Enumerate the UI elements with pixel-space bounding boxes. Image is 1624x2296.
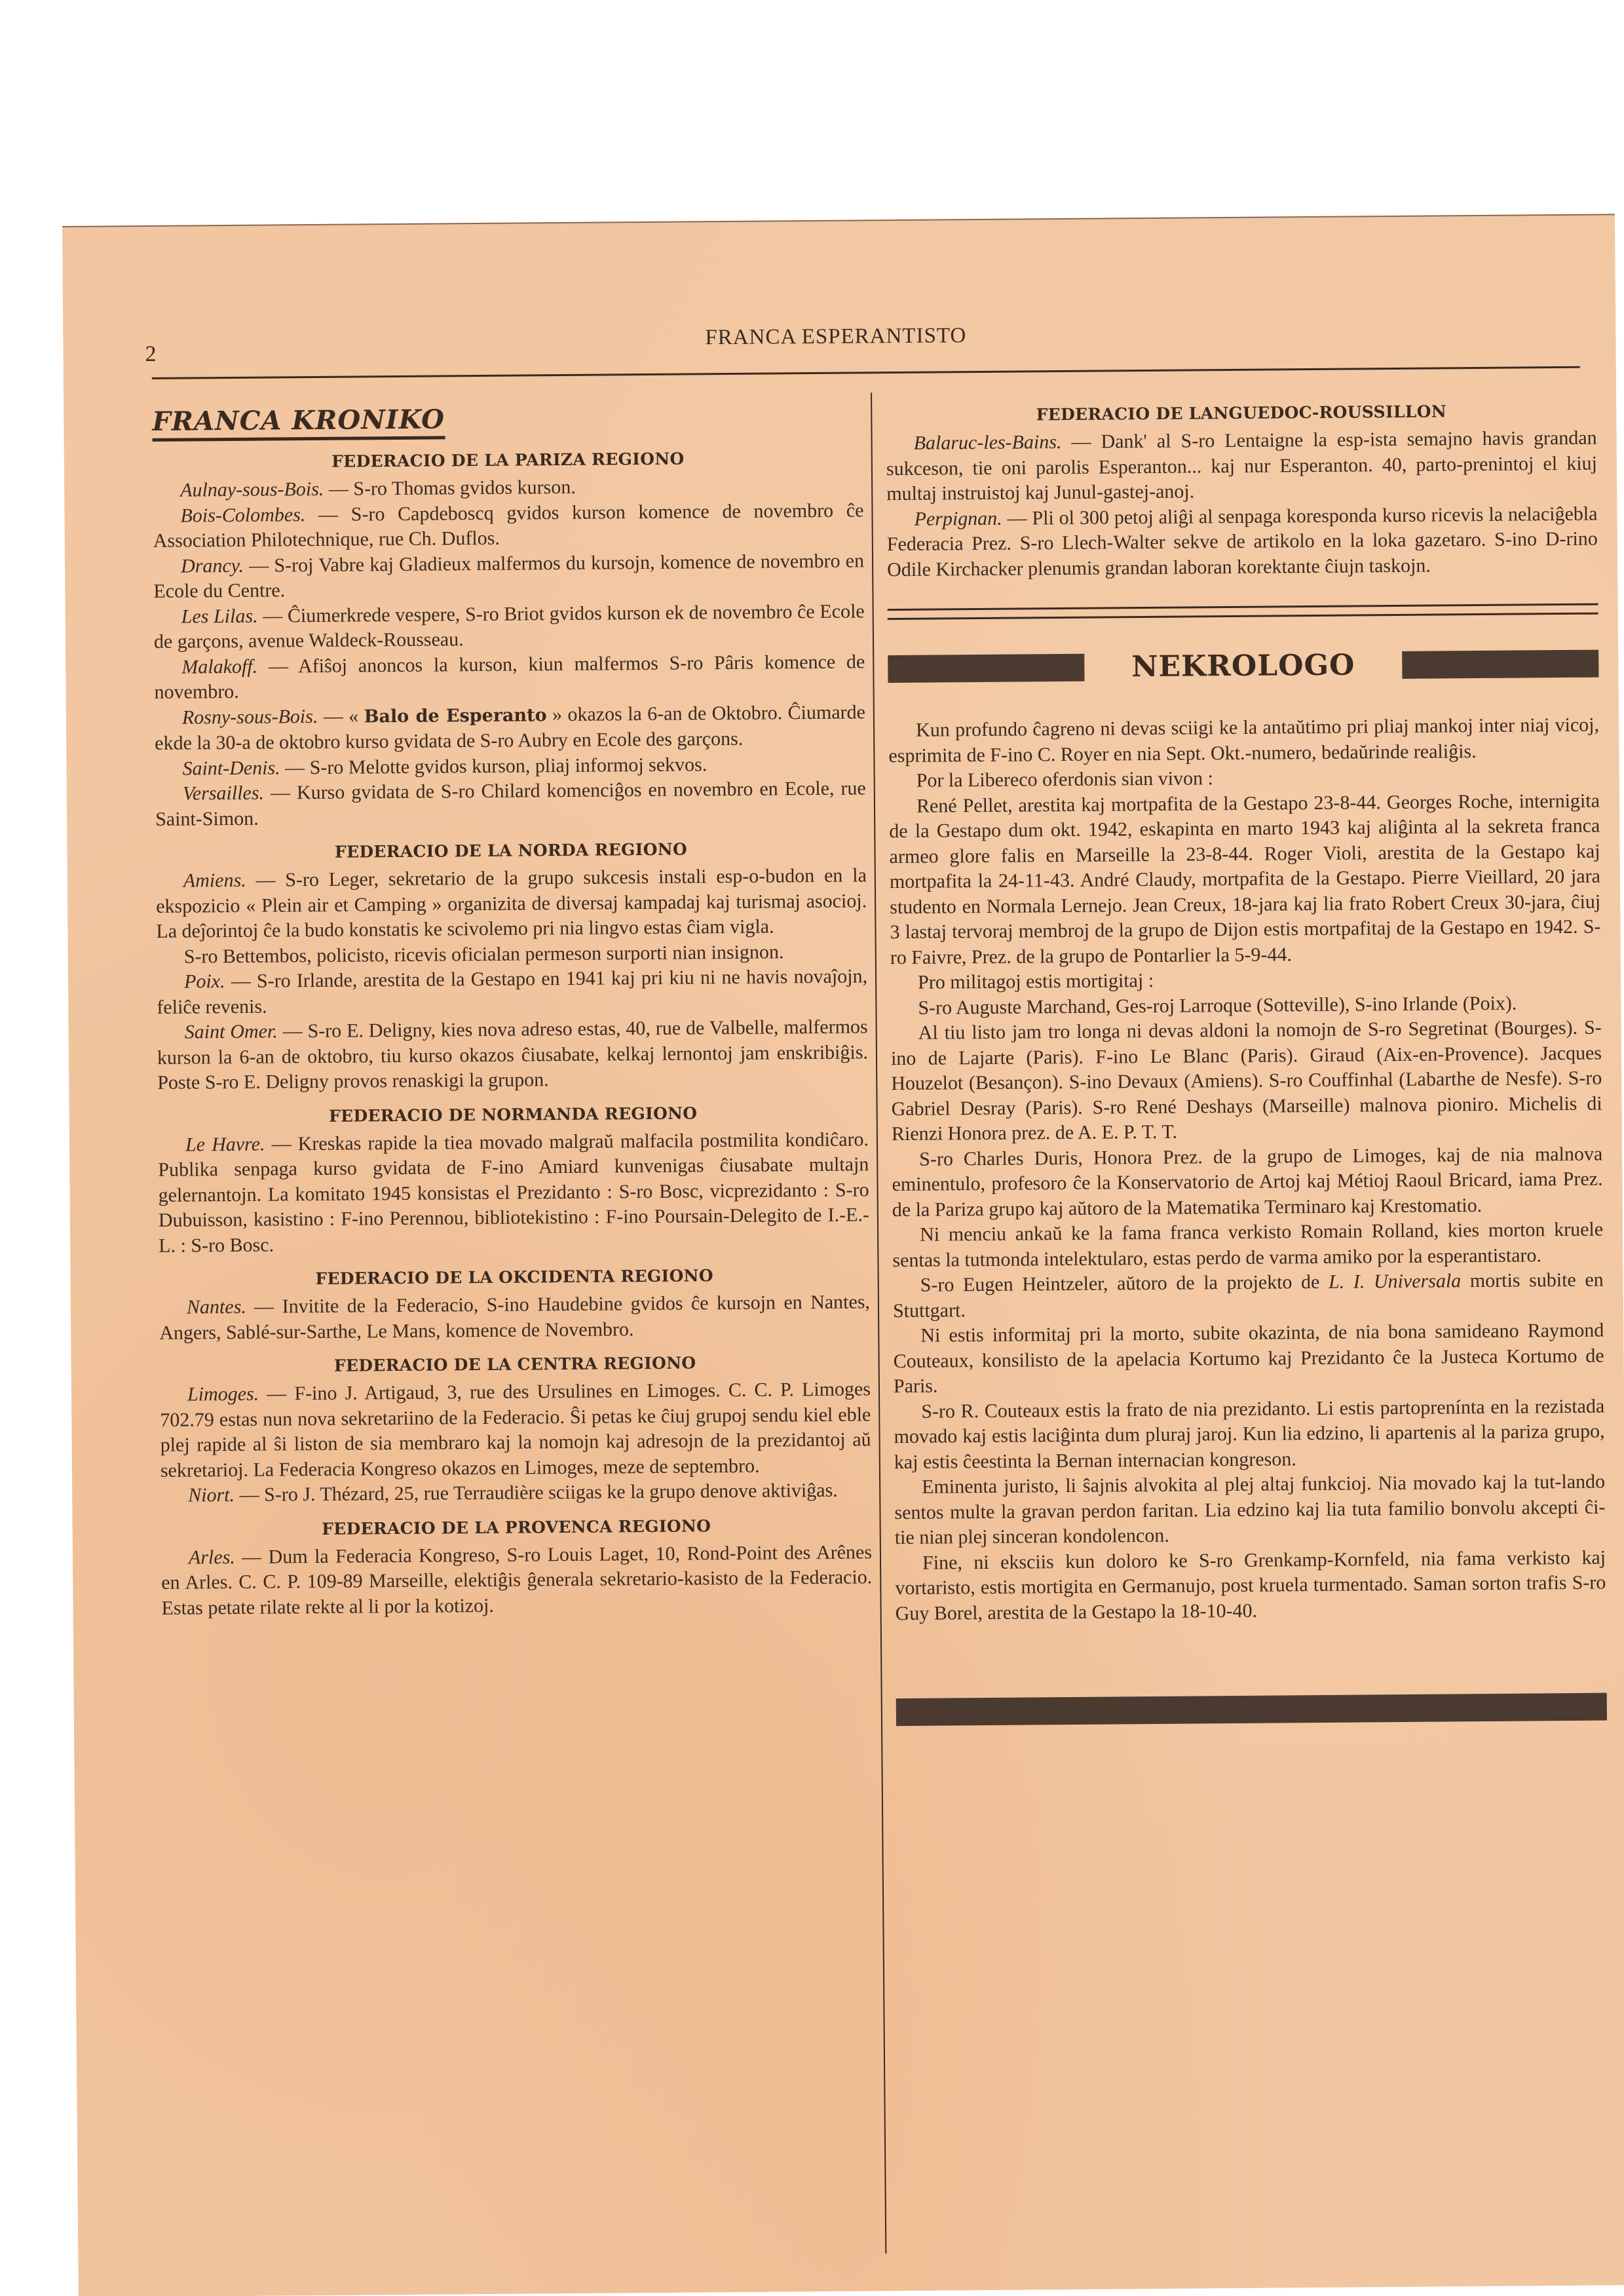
entry-text: — Afiŝoj anoncos la kurson, kiun malferm… <box>154 651 865 703</box>
place-name: Malakoff. <box>181 655 257 678</box>
header-rule <box>152 366 1580 379</box>
news-entry: Poix. — S-ro Irlande, arestita de la Ges… <box>157 964 868 1020</box>
region-heading: FEDERACIO DE NORMANDA REGIONO <box>158 1100 869 1130</box>
place-name: Poix. <box>184 970 225 992</box>
place-name: Drancy. <box>181 554 244 577</box>
end-bar <box>896 1693 1607 1727</box>
paragraph-text: René Pellet, arestita kaj mortpafita de … <box>889 790 1600 968</box>
news-entry: Niort. — S-ro J. Thézard, 25, rue Terrau… <box>161 1478 871 1508</box>
paragraph-text: Kun profundo ĉagreno ni devas sciigi ke … <box>888 714 1599 767</box>
heading-bar-right <box>1402 650 1598 679</box>
news-entry: Rosny-sous-Bois. — « Balo de Esperanto »… <box>155 700 866 757</box>
place-name: Niort. <box>188 1484 235 1506</box>
place-name: Balaruc-les-Bains. <box>914 431 1062 454</box>
obituary-paragraph: S-ro R. Couteaux estis la frato de nia p… <box>894 1394 1605 1475</box>
news-entry: Balaruc-les-Bains. — Dank' al S-ro Lenta… <box>886 426 1597 507</box>
region-heading: FEDERACIO DE LANGUEDOC-ROUSSILLON <box>886 398 1596 429</box>
page-number: 2 <box>145 342 156 367</box>
entry-text: — S-ro Melotte gvidos kurson, pliaj info… <box>280 754 708 778</box>
entry-text: — S-ro Thomas gvidos kurson. <box>324 476 576 500</box>
obituary-paragraph: Al tiu listo jam tro longa ni devas aldo… <box>891 1016 1602 1147</box>
news-entry: Amiens. — S-ro Leger, sekretario de la g… <box>156 863 867 944</box>
paragraph-text: S-ro Eugen Heintzeler, aŭtoro de la proj… <box>920 1271 1329 1296</box>
paragraph-text: Ni estis informitaj pri la morto, subite… <box>894 1320 1604 1398</box>
entry-text: — « <box>318 705 364 727</box>
event-name: Balo de Esperanto <box>364 705 547 727</box>
paragraph-text: Por la Libereco oferdonis sian vivon : <box>916 767 1213 792</box>
news-entry: Versailles. — Kurso gvidata de S-ro Chil… <box>155 776 867 832</box>
news-entry: Limoges. — F-ino J. Artigaud, 3, rue des… <box>160 1377 871 1483</box>
obituary-body: Kun profundo ĉagreno ni devas sciigi ke … <box>888 713 1606 1626</box>
place-name: Versailles. <box>183 782 264 805</box>
news-entry: Malakoff. — Afiŝoj anoncos la kurson, ki… <box>154 649 865 706</box>
obituary-paragraph: Ni estis informitaj pri la morto, subite… <box>893 1318 1604 1400</box>
work-title: L. I. Universala <box>1329 1270 1461 1293</box>
news-entry: Drancy. — S-roj Vabre kaj Gladieux malfe… <box>153 548 865 605</box>
place-name: Le Havre. <box>185 1133 265 1155</box>
place-name: Rosny-sous-Bois. <box>182 705 318 728</box>
entry-text: — S-ro J. Thézard, 25, rue Terraudière s… <box>235 1480 838 1506</box>
paragraph-text: S-ro Auguste Marchand, Ges-roj Larroque … <box>918 992 1517 1018</box>
paragraph-text: Ni menciu ankaŭ ke la fama franca verkis… <box>892 1219 1603 1271</box>
entry-text: — F-ino J. Artigaud, 3, rue des Ursuline… <box>160 1378 871 1481</box>
newspaper-page: 2 FRANCA ESPERANTISTO FRANCA KRONIKO FED… <box>62 214 1624 2296</box>
running-head: 2 FRANCA ESPERANTISTO <box>63 318 1615 364</box>
obituary-paragraph: S-ro Charles Duris, Honora Prez. de la g… <box>892 1141 1603 1223</box>
column-divider <box>871 392 886 2253</box>
obituary-title: NEKROLOGO <box>1131 653 1355 679</box>
entry-text: — S-ro Irlande, arestita de la Gestapo e… <box>157 965 867 1018</box>
region-heading: FEDERACIO DE LA OKCIDENTA REGIONO <box>159 1262 869 1293</box>
news-entry: Le Havre. — Kreskas rapide la tiea movad… <box>158 1127 869 1259</box>
right-regions: FEDERACIO DE LANGUEDOC-ROUSSILLONBalaruc… <box>886 398 1598 583</box>
paragraph-text: S-ro R. Couteaux estis la frato de nia p… <box>894 1395 1604 1473</box>
place-name: Aulnay-sous-Bois. <box>180 478 324 501</box>
news-entry: Arles. — Dum la Federacia Kongreso, S-ro… <box>161 1540 873 1621</box>
entry-text: — Ĉiumerkrede vespere, S-ro Briot gvidos… <box>154 600 865 653</box>
region-heading: FEDERACIO DE LA PROVENCA REGIONO <box>161 1512 871 1543</box>
place-name: Limoges. <box>187 1383 259 1406</box>
place-name: Nantes. <box>187 1296 246 1318</box>
paragraph-text: Fine, ni eksciis kun doloro ke S-ro Gren… <box>895 1546 1606 1624</box>
news-entry: Bois-Colombes. — S-ro Capdeboscq gvidos … <box>153 498 864 554</box>
left-column: FRANCA KRONIKO FEDERACIO DE LA PARIZA RE… <box>152 394 873 1620</box>
place-name: Les Lilas. <box>181 605 258 627</box>
region-heading: FEDERACIO DE LA NORDA REGIONO <box>155 835 866 866</box>
place-name: Bois-Colombes. <box>180 504 305 526</box>
entry-text: — S-roj Vabre kaj Gladieux malfermos du … <box>153 550 864 602</box>
obituary-heading: NEKROLOGO <box>888 641 1599 693</box>
news-entry: Les Lilas. — Ĉiumerkrede vespere, S-ro B… <box>154 599 865 655</box>
obituary-paragraph: René Pellet, arestita kaj mortpafita de … <box>889 788 1601 970</box>
heading-bar-left <box>888 654 1084 683</box>
section-title-franca-kroniko: FRANCA KRONIKO <box>152 404 445 442</box>
entry-text: S-ro Bettembos, policisto, ricevis ofici… <box>184 941 784 967</box>
paragraph-text: Pro militagoj estis mortigitaj : <box>918 970 1154 993</box>
paragraph-text: Al tiu listo jam tro longa ni devas aldo… <box>891 1017 1602 1145</box>
place-name: Saint-Denis. <box>182 757 280 779</box>
paragraph-text: S-ro Charles Duris, Honora Prez. de la g… <box>892 1143 1602 1221</box>
entry-text: — S-ro Leger, sekretario de la grupo suk… <box>156 864 867 942</box>
journal-title: FRANCA ESPERANTISTO <box>705 324 966 350</box>
news-entry: Nantes. — Invitite de la Federacio, S-in… <box>159 1290 871 1346</box>
left-regions: FEDERACIO DE LA PARIZA REGIONOAulnay-sou… <box>153 445 873 1620</box>
double-rule-divider <box>888 603 1598 621</box>
obituary-paragraph: S-ro Eugen Heintzeler, aŭtoro de la proj… <box>893 1268 1604 1324</box>
paragraph-text: Eminenta juristo, li ŝajnis alvokita al … <box>894 1471 1605 1549</box>
place-name: Arles. <box>189 1546 235 1568</box>
news-entry: Saint Omer. — S-ro E. Deligny, kies nova… <box>157 1014 869 1096</box>
news-entry: Perpignan. — Pli ol 300 petoj aliĝi al s… <box>886 501 1598 583</box>
right-column: FEDERACIO DE LANGUEDOC-ROUSSILLONBalaruc… <box>886 389 1607 1726</box>
obituary-paragraph: Ni menciu ankaŭ ke la fama franca verkis… <box>892 1217 1604 1274</box>
region-heading: FEDERACIO DE LA PARIZA REGIONO <box>153 445 863 476</box>
place-name: Amiens. <box>183 870 246 892</box>
place-name: Saint Omer. <box>185 1020 278 1043</box>
obituary-paragraph: Fine, ni eksciis kun doloro ke S-ro Gren… <box>895 1545 1606 1626</box>
entry-text: — Dum la Federacia Kongreso, S-ro Louis … <box>161 1541 872 1619</box>
obituary-paragraph: Kun profundo ĉagreno ni devas sciigi ke … <box>888 713 1600 769</box>
entry-text: — Kreskas rapide la tiea movado malgraŭ … <box>158 1128 869 1257</box>
region-heading: FEDERACIO DE LA CENTRA REGIONO <box>160 1349 871 1380</box>
place-name: Perpignan. <box>914 507 1002 529</box>
entry-text: — Invitite de la Federacio, S-ino Haudeb… <box>159 1291 870 1343</box>
obituary-paragraph: Eminenta juristo, li ŝajnis alvokita al … <box>894 1470 1606 1551</box>
